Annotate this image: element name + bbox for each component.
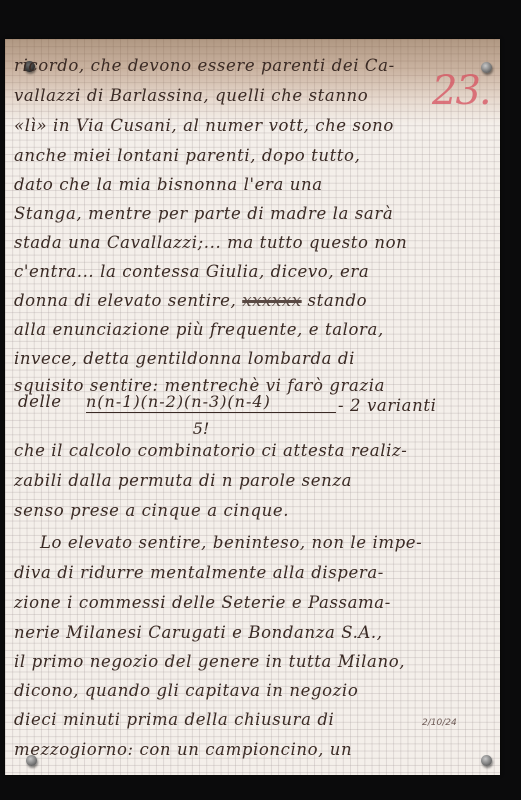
text-line-8: c'entra... la contessa Giulia, dicevo, e… [14, 262, 492, 282]
text-line-22: il primo negozio del genere in tutta Mil… [14, 652, 492, 672]
formula-numerator: n(n-1)(n-2)(n-3)(n-4) [86, 392, 336, 413]
text-line-20: zione i commessi delle Seterie e Passama… [14, 593, 492, 613]
text-line-7: stada una Cavallazzi;... ma tutto questo… [14, 233, 492, 253]
text-line-17: senso prese a cinque a cinque. [14, 501, 492, 521]
formula-suffix: - 2 varianti [338, 396, 436, 416]
text-line-2: vallazzi di Barlassina, quelli che stann… [14, 86, 492, 106]
text-line-11: invece, detta gentildonna lombarda di [14, 349, 492, 369]
text-line-18: Lo elevato sentire, beninteso, non le im… [40, 533, 518, 553]
text-line-9-start: donna di elevato sentire, [14, 291, 236, 310]
date-annotation: 2/10/24 [422, 718, 457, 728]
text-line-21: nerie Milanesi Carugati e Bondanza S.A., [14, 623, 492, 643]
combinatorial-formula: n(n-1)(n-2)(n-3)(n-4) 5! [86, 392, 336, 438]
text-line-9-end: stando [308, 291, 368, 310]
text-line-19: diva di ridurre mentalmente alla dispera… [14, 563, 492, 583]
text-line-5: dato che la mia bisnonna l'era una [14, 175, 492, 195]
text-line-15: che il calcolo combinatorio ci attesta r… [14, 441, 492, 461]
text-line-4: anche miei lontani parenti, dopo tutto, [14, 146, 492, 166]
text-line-1: ricordo, che devono essere parenti dei C… [14, 56, 492, 76]
formula-prefix: delle [18, 392, 62, 412]
text-line-6: Stanga, mentre per parte di madre la sar… [14, 204, 492, 224]
text-line-23: dicono, quando gli capitava in negozio [14, 681, 492, 701]
text-line-9: donna di elevato sentire, xxxxxx stando [14, 291, 492, 311]
struck-out-word: xxxxxx [242, 291, 301, 310]
text-line-24: dieci minuti prima della chiusura di [14, 710, 492, 730]
formula-denominator: 5! [66, 419, 336, 438]
text-line-16: zabili dalla permuta di n parole senza [14, 471, 492, 491]
text-line-3: «lì» in Via Cusani, al numer vott, che s… [14, 116, 492, 136]
text-line-25: mezzogiorno: con un campioncino, un [14, 740, 492, 760]
text-line-10: alla enunciazione più frequente, e talor… [14, 320, 492, 340]
